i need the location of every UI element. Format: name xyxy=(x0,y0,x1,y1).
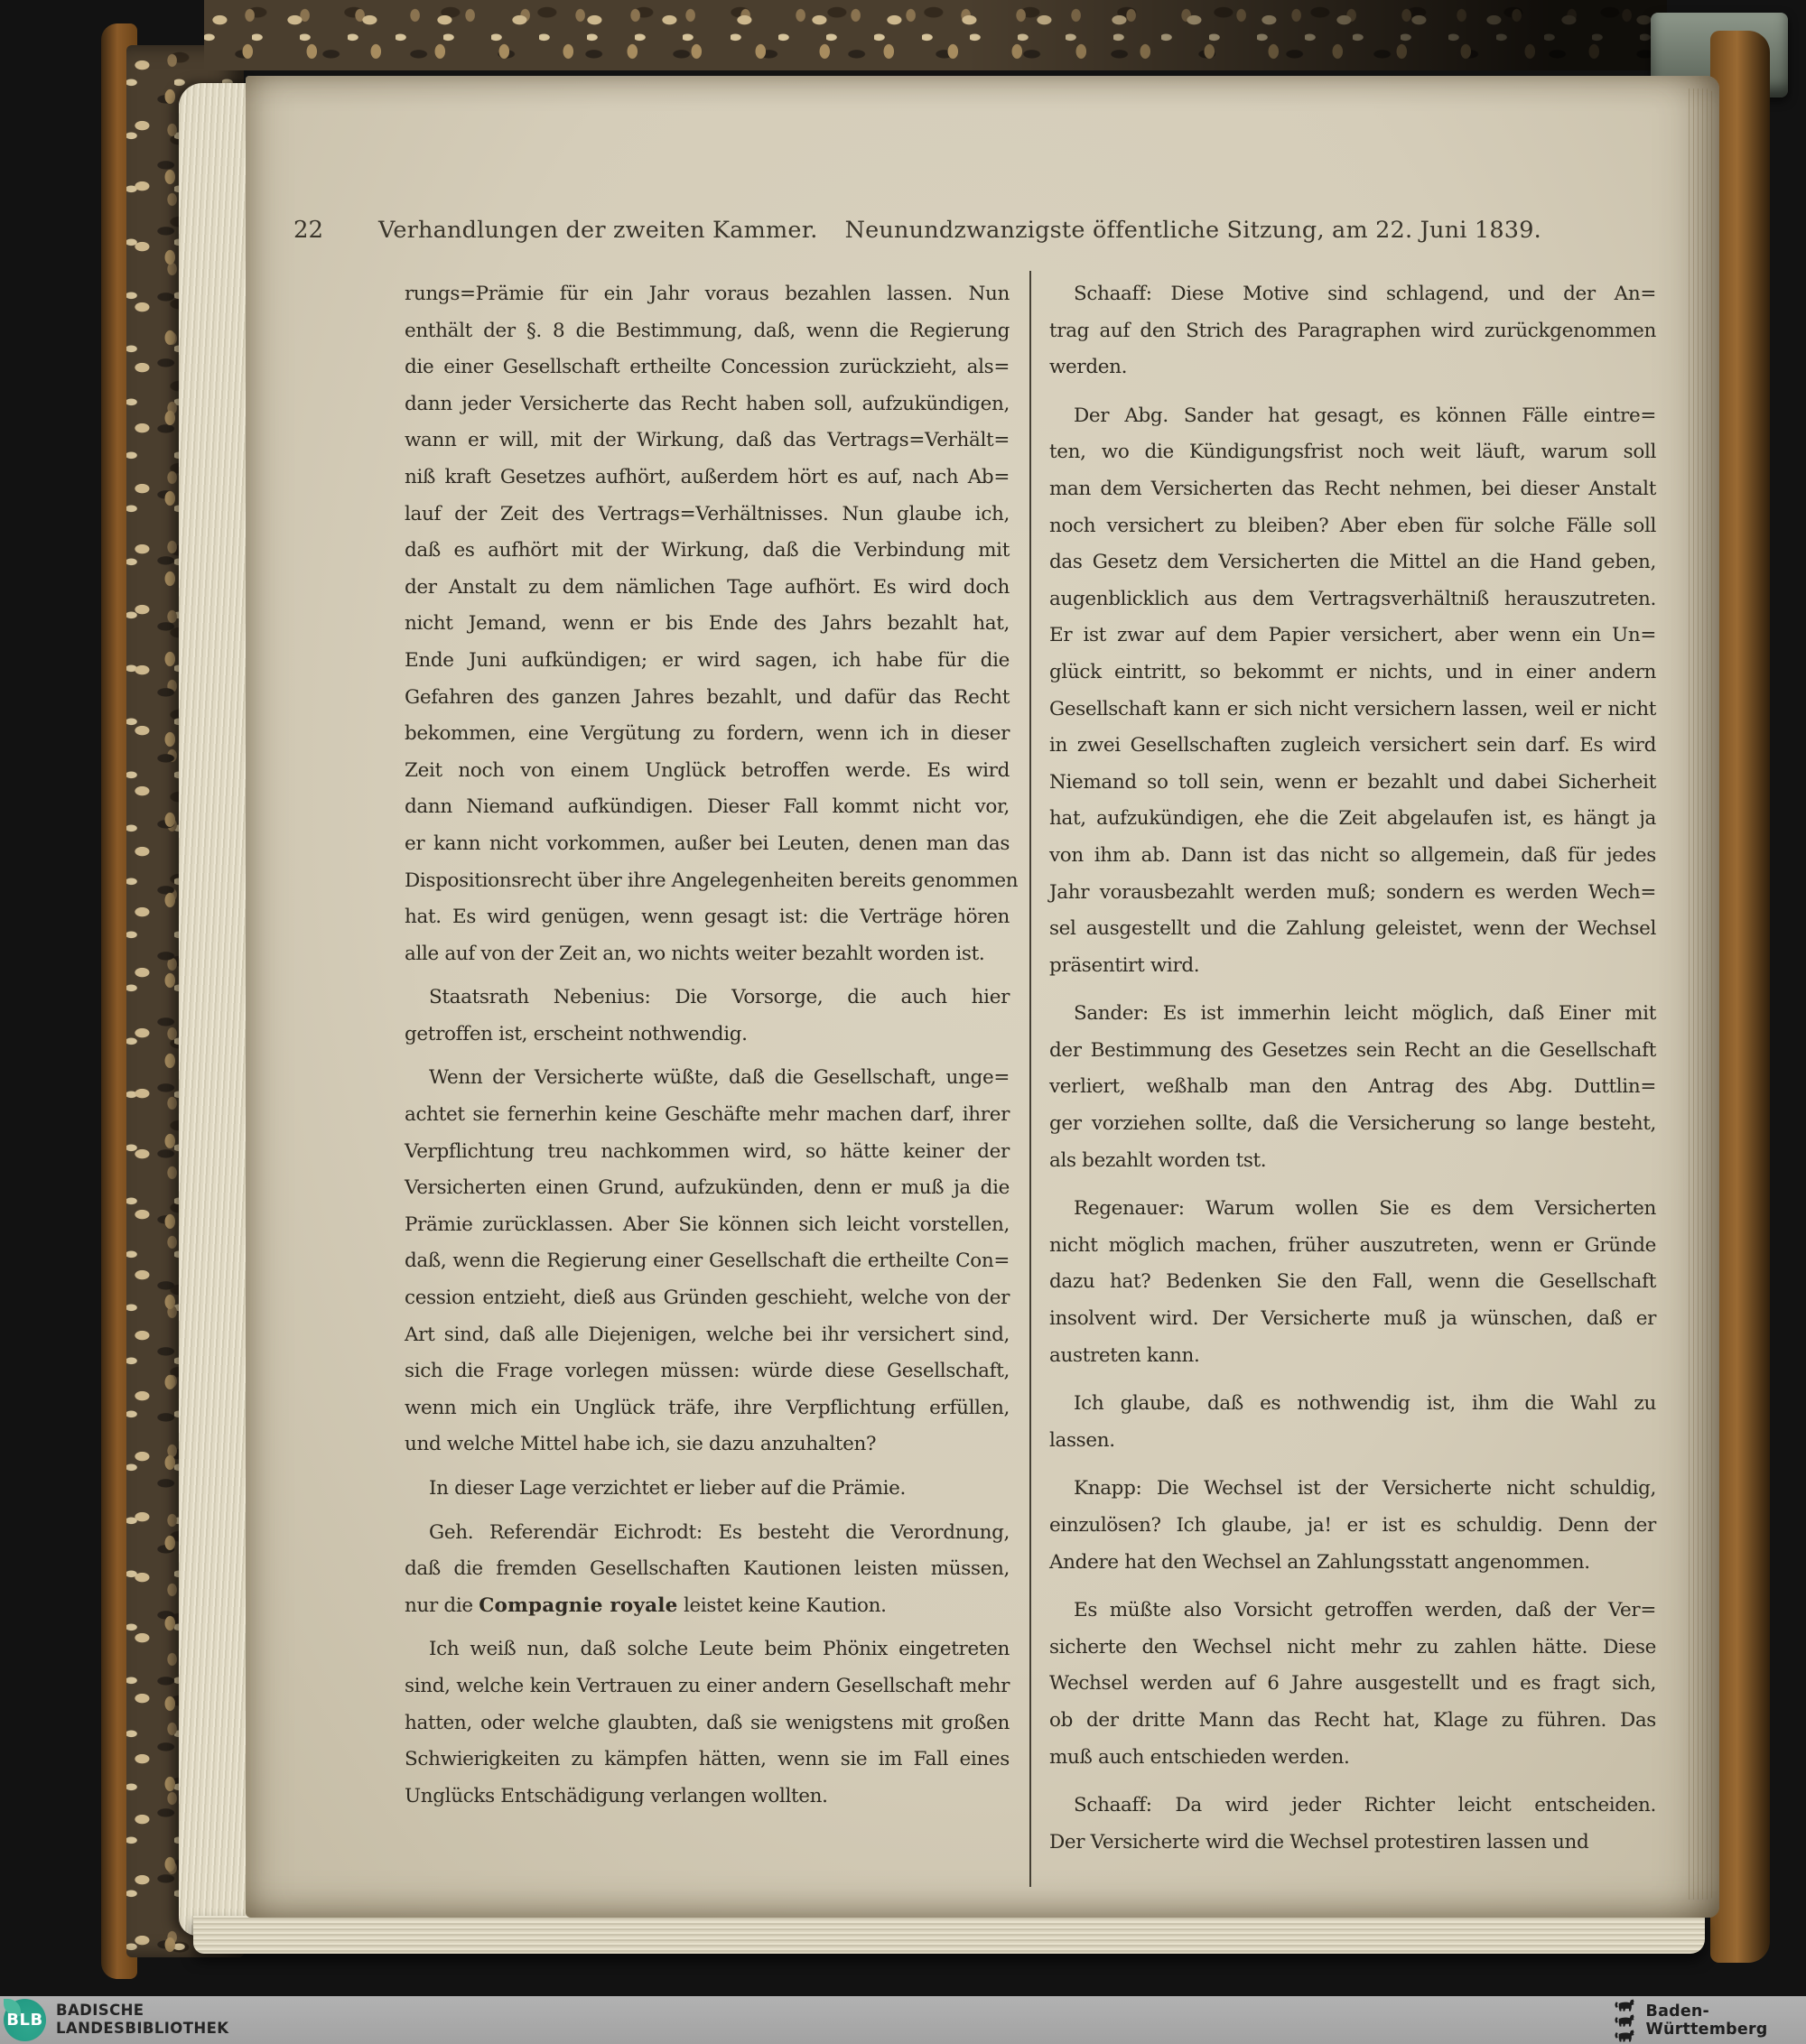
text-line: wann er will, mit der Wirkung, daß das V… xyxy=(405,423,1010,460)
text-line: dazu hat? Bedenken Sie den Fall, wenn di… xyxy=(1049,1264,1656,1301)
running-header: Verhandlungen der zweiten Kammer.Neunund… xyxy=(345,217,1575,244)
state-branding: Baden-Württemberg xyxy=(1615,1996,1806,2044)
text-line: lauf der Zeit des Vertrags=Verhältnisses… xyxy=(405,497,1010,534)
paragraph: In dieser Lage verzichtet er lieber auf … xyxy=(405,1471,1010,1508)
text-line: trag auf den Strich des Paragraphen wird… xyxy=(1049,313,1656,350)
text-line: die einer Gesellschaft ertheilte Concess… xyxy=(405,349,1010,386)
text-line: Schaaff: Diese Motive sind schlagend, un… xyxy=(1049,276,1656,313)
text-line: Geh. Referendär Eichrodt: Es besteht die… xyxy=(405,1515,1010,1552)
paragraph: Staatsrath Nebenius: Die Vorsorge, die a… xyxy=(405,980,1010,1053)
text-line: werden. xyxy=(1049,349,1656,386)
text-line: Schaaff: Da wird jeder Richter leicht en… xyxy=(1049,1788,1656,1825)
text-line: Er ist zwar auf dem Papier versichert, a… xyxy=(1049,618,1656,655)
text-line: Ich glaube, daß es nothwendig ist, ihm d… xyxy=(1049,1386,1656,1423)
text-line: enthält der §. 8 die Bestimmung, daß, we… xyxy=(405,313,1010,350)
text-line: Ende Juni aufkündigen; er wird sagen, ic… xyxy=(405,643,1010,680)
text-line: Verpflichtung treu nachkommen wird, so h… xyxy=(405,1134,1010,1171)
text-line: Wechsel werden auf 6 Jahre ausgestellt u… xyxy=(1049,1666,1656,1703)
text-line: cession entzieht, dieß aus Gründen gesch… xyxy=(405,1280,1010,1317)
text-line: verliert, weßhalb man den Antrag des Abg… xyxy=(1049,1069,1656,1106)
text-line: dann jeder Versicherte das Recht haben s… xyxy=(405,386,1010,423)
text-line: lassen. xyxy=(1049,1423,1656,1460)
text-line: Niemand so toll sein, wenn er bezahlt un… xyxy=(1049,765,1656,802)
text-line: Der Versicherte wird die Wechsel protest… xyxy=(1049,1825,1656,1862)
viewer-footer-bar: BLB BADISCHE LANDESBIBLIOTHEK Baden-Würt… xyxy=(0,1996,1806,2044)
paragraph: Schaaff: Diese Motive sind schlagend, un… xyxy=(1049,276,1656,386)
text-line: hat. Es wird genügen, wenn gesagt ist: d… xyxy=(405,899,1010,936)
text-line: Es müßte also Vorsicht getroffen werden,… xyxy=(1049,1593,1656,1630)
paragraph: Ich glaube, daß es nothwendig ist, ihm d… xyxy=(1049,1386,1656,1459)
paragraph: Geh. Referendär Eichrodt: Es besteht die… xyxy=(405,1515,1010,1625)
text-line: In dieser Lage verzichtet er lieber auf … xyxy=(405,1471,1010,1508)
text-line: Andere hat den Wechsel an Zahlungsstatt … xyxy=(1049,1545,1656,1582)
text-line: alle auf von der Zeit an, wo nichts weit… xyxy=(405,936,1010,973)
text-line: rungs=Prämie für ein Jahr voraus bezahle… xyxy=(405,276,1010,313)
text-line: niß kraft Gesetzes aufhört, außerdem hör… xyxy=(405,460,1010,497)
text-line: Gesellschaft kann er sich nicht versiche… xyxy=(1049,692,1656,729)
text-line: Ich weiß nun, daß solche Leute beim Phön… xyxy=(405,1631,1010,1668)
text-line: dann Niemand aufkündigen. Dieser Fall ko… xyxy=(405,789,1010,826)
text-line: Knapp: Die Wechsel ist der Versicherte n… xyxy=(1049,1471,1656,1508)
left-column: rungs=Prämie für ein Jahr voraus bezahle… xyxy=(405,276,1010,1815)
library-name-line2: LANDESBIBLIOTHEK xyxy=(56,2020,228,2038)
text-line: hatten, oder welche glaubten, daß sie we… xyxy=(405,1705,1010,1742)
text-line: austreten kann. xyxy=(1049,1338,1656,1375)
text-line: Prämie zurücklassen. Aber Sie können sic… xyxy=(405,1207,1010,1244)
paragraph: Schaaff: Da wird jeder Richter leicht en… xyxy=(1049,1788,1656,1861)
text-line: sicherte den Wechsel nicht mehr zu zahle… xyxy=(1049,1630,1656,1667)
text-line: augenblicklich aus dem Vertragsverhältni… xyxy=(1049,581,1656,618)
library-name-line1: BADISCHE xyxy=(56,2002,228,2020)
column-divider-rule xyxy=(1029,271,1031,1887)
text-line: nicht Jemand, wenn er bis Ende des Jahrs… xyxy=(405,606,1010,643)
text-line: daß die fremden Gesellschaften Kautionen… xyxy=(405,1551,1010,1588)
text-line: getroffen ist, erscheint nothwendig. xyxy=(405,1017,1010,1054)
paragraph: Wenn der Versicherte wüßte, daß die Gese… xyxy=(405,1060,1010,1463)
text-line: der Anstalt zu dem nämlichen Tage aufhör… xyxy=(405,570,1010,607)
text-line: präsentirt wird. xyxy=(1049,948,1656,985)
text-line: man dem Versicherten das Recht nehmen, b… xyxy=(1049,471,1656,508)
text-line: Schwierigkeiten zu kämpfen hätten, wenn … xyxy=(405,1742,1010,1779)
text-line: daß, wenn die Regierung einer Gesellscha… xyxy=(405,1243,1010,1280)
text-line: muß auch entschieden werden. xyxy=(1049,1740,1656,1777)
text-line: insolvent wird. Der Versicherte muß ja w… xyxy=(1049,1301,1656,1338)
text-line: sind, welche kein Vertrauen zu einer and… xyxy=(405,1668,1010,1705)
paragraph: rungs=Prämie für ein Jahr voraus bezahle… xyxy=(405,276,1010,972)
text-line: Wenn der Versicherte wüßte, daß die Gese… xyxy=(405,1060,1010,1097)
paragraph: Knapp: Die Wechsel ist der Versicherte n… xyxy=(1049,1471,1656,1581)
text-line: noch versichert zu bleiben? Aber eben fü… xyxy=(1049,508,1656,545)
text-line: Sander: Es ist immerhin leicht möglich, … xyxy=(1049,996,1656,1033)
page-gutter-edge-lines xyxy=(1689,88,1716,1900)
text-line: und welche Mittel habe ich, sie dazu anz… xyxy=(405,1426,1010,1463)
baden-wuerttemberg-crest-icon xyxy=(1615,1998,1635,2043)
text-line: das Gesetz dem Versicherten die Mittel a… xyxy=(1049,544,1656,581)
text-line: als bezahlt worden tst. xyxy=(1049,1143,1656,1180)
blb-logo-icon: BLB xyxy=(4,1999,46,2041)
book-page: 22 Verhandlungen der zweiten Kammer.Neun… xyxy=(246,76,1719,1918)
text-line: ger vorziehen sollte, daß die Versicheru… xyxy=(1049,1106,1656,1143)
text-line: Zeit noch von einem Unglück betroffen we… xyxy=(405,753,1010,790)
text-line: Gefahren des ganzen Jahres bezahlt, und … xyxy=(405,680,1010,717)
page-number: 22 xyxy=(293,217,323,244)
text-line: hat, aufzukündigen, ehe die Zeit abgelau… xyxy=(1049,801,1656,838)
text-line: ob der dritte Mann das Recht hat, Klage … xyxy=(1049,1703,1656,1740)
text-line: der Bestimmung des Gesetzes sein Recht a… xyxy=(1049,1033,1656,1070)
text-line: glück eintritt, so bekommt er nichts, un… xyxy=(1049,655,1656,692)
text-line: in zwei Gesellschaften zugleich versiche… xyxy=(1049,728,1656,765)
text-line: ten, wo die Kündigungsfrist noch weit lä… xyxy=(1049,434,1656,471)
text-line: Versicherten einen Grund, aufzukünden, d… xyxy=(405,1170,1010,1207)
paragraph: Der Abg. Sander hat gesagt, es können Fä… xyxy=(1049,398,1656,985)
book-cover-marbled-top xyxy=(204,0,1667,70)
text-line: Der Abg. Sander hat gesagt, es können Fä… xyxy=(1049,398,1656,435)
state-label: Baden-Württemberg xyxy=(1646,2002,1806,2039)
running-header-part1: Verhandlungen der zweiten Kammer. xyxy=(378,217,818,244)
right-column: Schaaff: Diese Motive sind schlagend, un… xyxy=(1049,276,1656,1861)
text-line: bekommen, eine Vergütung zu fordern, wen… xyxy=(405,716,1010,753)
blb-logo-abbr: BLB xyxy=(4,1999,46,2041)
text-line: daß es aufhört mit der Wirkung, daß die … xyxy=(405,533,1010,570)
text-line: von ihm ab. Dann ist das nicht so allgem… xyxy=(1049,838,1656,875)
text-line: nur die Compagnie royale leistet keine K… xyxy=(405,1588,1010,1625)
library-name: BADISCHE LANDESBIBLIOTHEK xyxy=(56,2002,228,2038)
text-line: achtet sie fernerhin keine Geschäfte meh… xyxy=(405,1097,1010,1134)
text-line: Unglücks Entschädigung verlangen wollten… xyxy=(405,1779,1010,1816)
running-header-part2: Neunundzwanzigste öffentliche Sitzung, a… xyxy=(845,217,1541,244)
paragraph: Sander: Es ist immerhin leicht möglich, … xyxy=(1049,996,1656,1179)
text-line: wenn mich ein Unglück träfe, ihre Verpfl… xyxy=(405,1390,1010,1427)
paragraph: Regenauer: Warum wollen Sie es dem Versi… xyxy=(1049,1191,1656,1374)
text-line: Jahr vorausbezahlt werden muß; sondern e… xyxy=(1049,875,1656,912)
text-line: sich die Frage vorlegen müssen: würde di… xyxy=(405,1353,1010,1390)
text-line: er kann nicht vorkommen, außer bei Leute… xyxy=(405,826,1010,863)
text-line: Dispositionsrecht über ihre Angelegenhei… xyxy=(405,863,1010,900)
paragraph: Es müßte also Vorsicht getroffen werden,… xyxy=(1049,1593,1656,1776)
text-line: einzulösen? Ich glaube, ja! er ist es sc… xyxy=(1049,1508,1656,1545)
text-line: nicht möglich machen, früher auszutreten… xyxy=(1049,1228,1656,1265)
text-line: Staatsrath Nebenius: Die Vorsorge, die a… xyxy=(405,980,1010,1017)
page-stack-bottom-edge xyxy=(193,1916,1705,1954)
text-line: Art sind, daß alle Diejenigen, welche be… xyxy=(405,1317,1010,1354)
text-line: Regenauer: Warum wollen Sie es dem Versi… xyxy=(1049,1191,1656,1228)
paragraph: Ich weiß nun, daß solche Leute beim Phön… xyxy=(405,1631,1010,1815)
screenshot-root: { "colors": { "paper": "#d6cfba", "ink":… xyxy=(0,0,1806,2044)
text-line: sel ausgestellt und die Zahlung geleiste… xyxy=(1049,911,1656,948)
page-stack-fore-edge xyxy=(179,83,251,1936)
